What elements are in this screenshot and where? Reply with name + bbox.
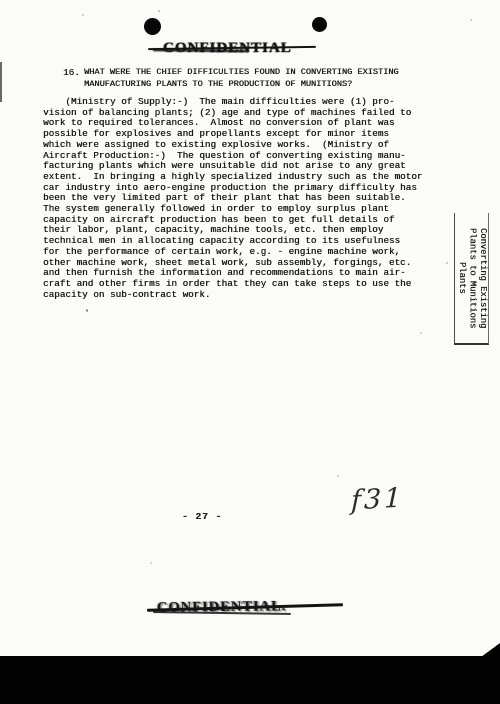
question-text: WHAT WERE THE CHIEF DIFFICULTIES FOUND I… [84, 67, 424, 90]
scan-speck [337, 475, 339, 477]
scan-speck [150, 562, 152, 564]
punch-hole-left [144, 18, 161, 35]
side-index-tab: Converting Existing Plants to Munitions … [454, 213, 489, 345]
punch-hole-right [312, 17, 327, 32]
scan-speck [86, 309, 88, 312]
scan-speck [82, 14, 84, 16]
scanner-edge-strip [0, 656, 500, 704]
scan-artifact-left-edge [0, 62, 2, 102]
scan-speck [446, 262, 448, 264]
page-number: - 27 - [182, 511, 222, 522]
scan-speck [470, 19, 472, 21]
answer-text: (Ministry of Supply:-) The main difficul… [43, 97, 433, 300]
question-number: 16. [63, 67, 80, 78]
scanner-edge-corner [481, 643, 500, 657]
handwritten-annotation: f31 [351, 483, 405, 517]
scan-speck [158, 10, 160, 12]
scan-speck [420, 332, 422, 334]
scanned-document-page: CONFIDENTIAL 16. WHAT WERE THE CHIEF DIF… [0, 0, 500, 704]
side-tab-label: Converting Existing Plants to Munitions … [455, 213, 488, 343]
